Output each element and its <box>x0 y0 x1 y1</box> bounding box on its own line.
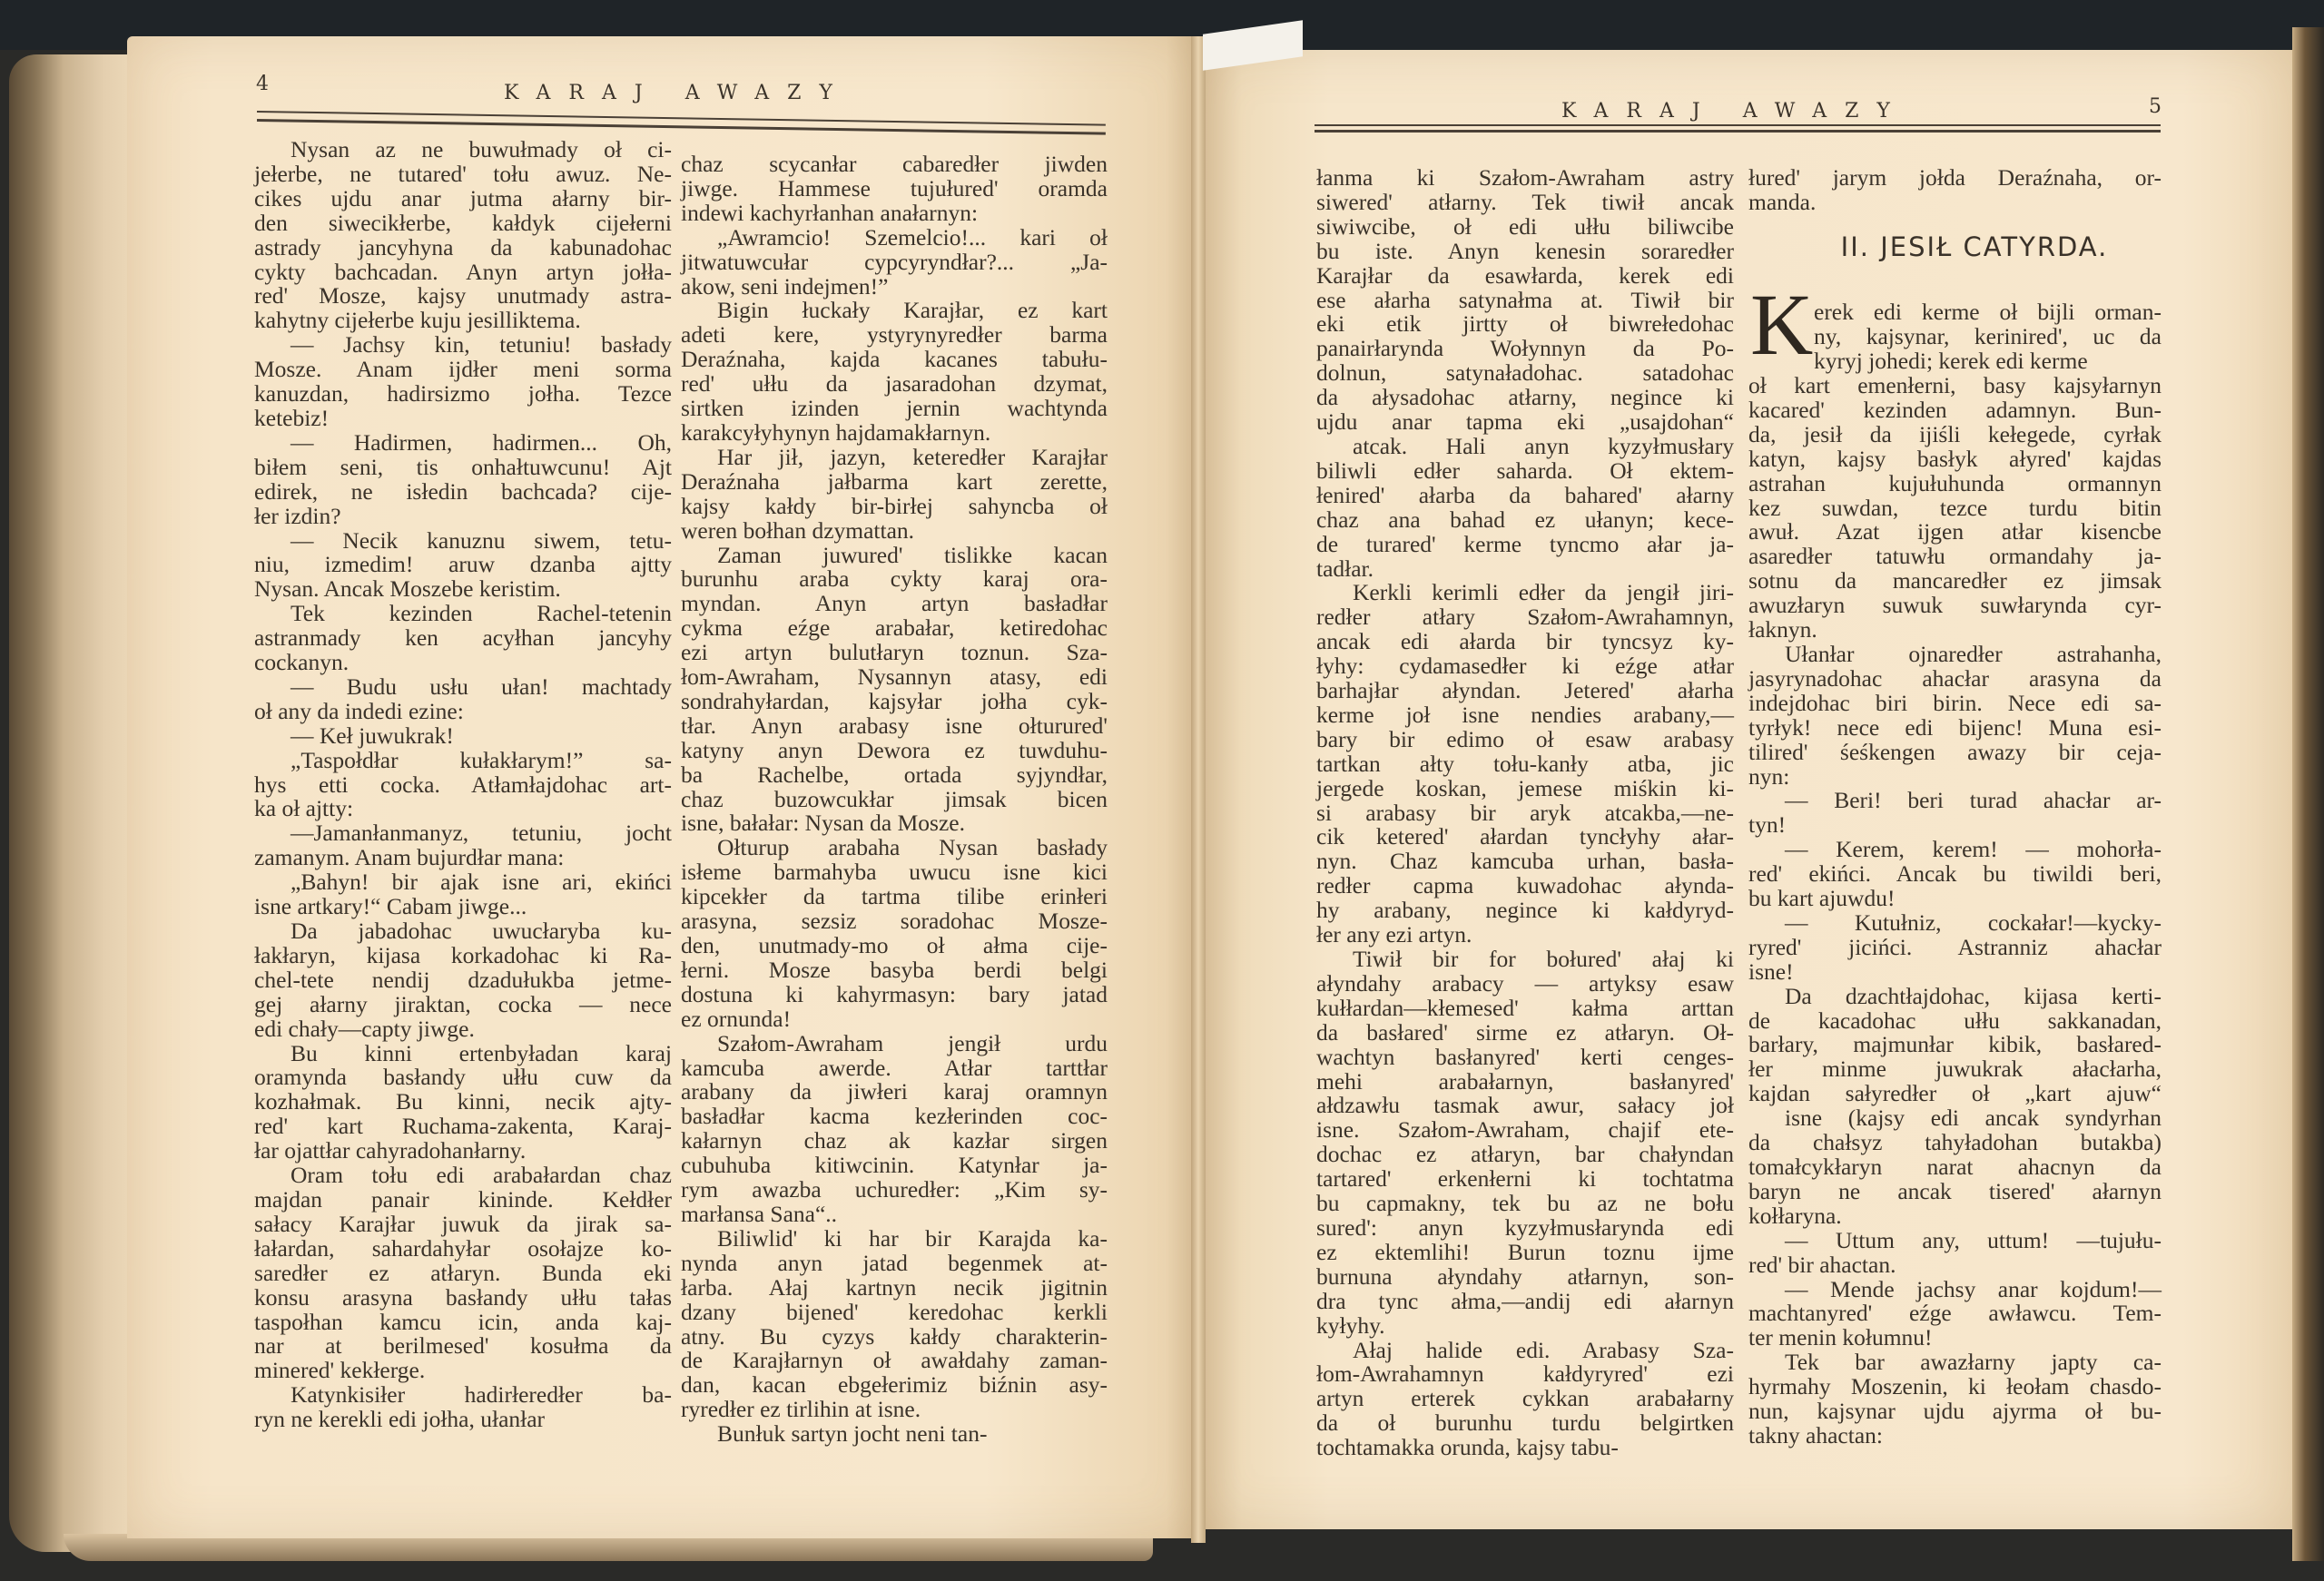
text-line: kajdan sałyredłer oł „kart ajuw“ <box>1748 1082 2162 1106</box>
text-line: ba Rachelbe, ortada syjyndłar, <box>681 763 1108 788</box>
text-line: siwered' atłarny. Tek tiwił ancak <box>1316 191 1734 215</box>
text-line: ryred' jicińci. Astranniz ahacłar <box>1748 936 2162 960</box>
text-line: rym awazba uchuredłer: „Kim sy- <box>681 1178 1108 1203</box>
text-line: Deraźnaha jałbarma kart zerette, <box>681 470 1108 495</box>
text-line: Nysan. Ancak Moszebe keristim. <box>254 577 672 602</box>
text-line: machtanyred' eźge awławcu. Tem- <box>1748 1301 2162 1326</box>
text-line: taspołhan kamcu icin, anda kaj- <box>254 1311 672 1335</box>
text-line: Zaman juwured' tislikke kacan <box>681 544 1108 568</box>
text-line: isne (kajsy edi ancak syndyrhan <box>1748 1106 2162 1131</box>
text-line: sałacy Karajłar juwuk da jirak sa- <box>254 1213 672 1237</box>
book-gutter <box>1191 36 1206 1543</box>
text-line: tyrłyk! nece edi bijenc! Muna esi- <box>1748 716 2162 741</box>
text-line: astrady jancyhyna da kabunadohac <box>254 236 672 260</box>
text-line: red' bir ahactan. <box>1748 1253 2162 1278</box>
text-line: Ołturup arabaha Nysan basłady <box>681 836 1108 860</box>
text-line: sured': anyn kyzyłmusłarynda edi <box>1316 1216 1734 1241</box>
text-line: dolnun, satynaładohac. satadohac <box>1316 361 1734 386</box>
text-line: dra tync ałma,—andij edi ałarnyn <box>1316 1290 1734 1314</box>
header-rule <box>1315 130 2161 133</box>
text-line: bu iste. Anyn kenesin soraredłer <box>1316 240 1734 264</box>
text-line: Deraźnaha, kajda kacanes tabułu- <box>681 348 1108 372</box>
text-line: edirek, ne isłedin bachcada? cije- <box>254 480 672 505</box>
text-line: łom-Awrahamnyn kałdyryred' ezi <box>1316 1362 1734 1387</box>
text-line: — Necik kanuznu siwem, tetu- <box>254 529 672 554</box>
text-line: da ałysadohac atłarny, negince ki <box>1316 386 1734 410</box>
text-line: konsu arasyna basłandy ułłu tałas <box>254 1286 672 1311</box>
left-page-column-1: Nysan az ne buwułmady oł ci-jełerbe, ne … <box>254 138 672 1432</box>
text-line: den, unutmady-mo oł ałma cije- <box>681 934 1108 958</box>
text-line: bu capmakny, tek bu az ne bołu <box>1316 1192 1734 1216</box>
text-line: kanuzdan, hadirsizmo jołha. Tezce <box>254 382 672 407</box>
text-line: łom-Awraham, Nysannyn atasy, edi <box>681 665 1108 690</box>
text-line: cubuhuba kitiwcinin. Katynłar ja- <box>681 1154 1108 1178</box>
text-line: „Bahyn! bir ajak isne ari, ekińci <box>254 870 672 895</box>
text-line: ez ornunda! <box>681 1007 1108 1032</box>
text-line: nyn: <box>1748 765 2162 790</box>
text-line: oł any da indedi ezine: <box>254 700 672 724</box>
text-line: kyryj johedi; kerek edi kerme <box>1814 349 2162 374</box>
text-line: biłem seni, tis onhałtuwcunu! Ajt <box>254 456 672 480</box>
text-line: ezi artyn bulutłaryn toznun. Sza- <box>681 641 1108 665</box>
text-line: Karajłar da esawłarda, kerek edi <box>1316 264 1734 289</box>
text-line: — Budu usłu ułan! machtady <box>254 675 672 700</box>
text-line: kahytny cijełerbe kuju jesilliktema. <box>254 309 672 333</box>
text-line: ujdu anar tapma eki „usajdohan“ <box>1316 410 1734 435</box>
text-line: kacared' kezinden adamnyn. Bun- <box>1748 398 2162 423</box>
text-line: nun, kajsynar ujdu ajyrma oł bu- <box>1748 1399 2162 1424</box>
text-line: łenired' ałarba da bahared' ałarny <box>1316 484 1734 508</box>
text-line: Da jabadohac uwucłaryba ku- <box>254 919 672 944</box>
text-line: Bigin łuckały Karajłar, ez kart <box>681 299 1108 323</box>
text-line: isne artkary!“ Cabam jiwge... <box>254 895 672 919</box>
chapter-title: II. JESIŁ CATYRDA. <box>1793 231 2156 262</box>
text-line: bu kart ajuwdu! <box>1748 887 2162 911</box>
text-line: asaredłer tatuwłu ormandahy ja- <box>1748 545 2162 569</box>
text-line: isne! <box>1748 960 2162 985</box>
text-line: Oram tołu edi arabałardan chaz <box>254 1164 672 1188</box>
text-line: panairłarynda Wołynnyn da Po- <box>1316 337 1734 361</box>
text-line: łarba. Ałaj kartnyn necik jigitnin <box>681 1276 1108 1301</box>
text-line: Tiwił bir for bołured' ałaj ki <box>1316 948 1734 972</box>
text-line: hy arabany, negince ki kałdyryd- <box>1316 899 1734 923</box>
text-line: łured' jarym jołda Deraźnaha, or- <box>1748 166 2162 191</box>
text-line: dzany bijened' keredohac kerkli <box>681 1301 1108 1325</box>
drop-cap: K <box>1750 289 1813 361</box>
text-line: — Mende jachsy anar kojdum!— <box>1748 1278 2162 1302</box>
text-line: siwiwcibe, oł edi ułłu biliwcibe <box>1316 215 1734 240</box>
text-line: dochac ez atłaryn, bar chałyndan <box>1316 1143 1734 1167</box>
text-line: da chałsyz tahyładohan butakba) <box>1748 1131 2162 1155</box>
text-line: ałyndahy arabacy — artyksy esaw <box>1316 972 1734 997</box>
text-line: — Uttum any, uttum! —tujułu- <box>1748 1229 2162 1253</box>
text-line: burunhu araba cykty karaj ora- <box>681 567 1108 592</box>
text-line: ny, kajsynar, kerinired', uc da <box>1814 325 2162 349</box>
text-line: da oł burunhu turdu belgirtken <box>1316 1411 1734 1436</box>
text-line: awuzłaryn suwuk suwłarynda cyr- <box>1748 594 2162 618</box>
text-line: kerme joł isne nendies arabany,— <box>1316 703 1734 728</box>
text-line: barhajłar ałyndan. Jetered' ałarha <box>1316 679 1734 703</box>
text-line: adeti kere, ystyrynyredłer barma <box>681 323 1108 348</box>
text-line: hys etti cocka. Atłamłajdohac art- <box>254 773 672 798</box>
text-line: zamanym. Anam bujurdłar mana: <box>254 846 672 870</box>
text-line: łałardan, sahardahyłar osołajze ko- <box>254 1237 672 1262</box>
text-line: Katynkisiłer hadirłeredłer ba- <box>254 1383 672 1408</box>
text-line: łer izdin? <box>254 505 672 529</box>
text-line: kołłaryna. <box>1748 1204 2162 1229</box>
text-line: indejdohac biri birin. Nece edi sa- <box>1748 692 2162 716</box>
text-line: sondrahyłardan, kajsyłar jołha cyk- <box>681 690 1108 714</box>
text-line: Szałom-Awraham jengił urdu <box>681 1032 1108 1056</box>
text-line: baryn ne ancak tisered' ałarnyn <box>1748 1180 2162 1204</box>
text-line: sotnu da mancaredłer ez jimsak <box>1748 569 2162 594</box>
right-page-number: 5 <box>2149 95 2162 118</box>
text-line: —Jamanłanmanyz, tetuniu, jocht <box>254 821 672 846</box>
text-line: da, jesił da ijiśli kełegede, cyrłak <box>1748 423 2162 447</box>
text-line: redłer atłary Szałom-Awrahamnyn, <box>1316 605 1734 630</box>
right-page-column-1: łanma ki Szałom-Awraham astrysiwered' at… <box>1316 166 1734 1460</box>
text-line: tartkan ałty tołu-kanły atba, jic <box>1316 752 1734 777</box>
text-line: jergede koskan, jemese miśkin ki- <box>1316 777 1734 801</box>
text-line: kamcuba awerde. Atłar tarttłar <box>681 1056 1108 1081</box>
text-line: nar at berilmesed' kosułma da <box>254 1334 672 1359</box>
text-line: sirtken izinden jernin wachtynda <box>681 397 1108 421</box>
text-line: ancak edi ałarda bir tyncsyz ky- <box>1316 630 1734 654</box>
header-rule <box>1315 124 2161 126</box>
text-line: weren bołhan dzymattan. <box>681 519 1108 544</box>
text-line: si arabasy bir aryk atcakba,—ne- <box>1316 801 1734 826</box>
text-line: łakłaryn, kijasa korkadohac ki Ra- <box>254 944 672 968</box>
text-line: takny ahactan: <box>1748 1424 2162 1448</box>
text-line: karakcyłyhynyn hajdamakłarnyn. <box>681 421 1108 446</box>
text-line: katyny anyn Dewora ez tuwduhu- <box>681 739 1108 763</box>
text-line: dan, kacan ebgełerimiz biźnin asy- <box>681 1373 1108 1398</box>
text-line: Bu kinni ertenbyładan karaj <box>254 1042 672 1066</box>
text-line: isłeme barmahyba uwucu isne kici <box>681 860 1108 885</box>
text-line: Har jił, jazyn, keteredłer Karajłar <box>681 446 1108 470</box>
text-line: saredłer ez atłaryn. Bunda eki <box>254 1262 672 1286</box>
text-line: łer minme juwukrak ałacłarha, <box>1748 1057 2162 1082</box>
text-line: ter menin kołumnu! <box>1748 1326 2162 1350</box>
text-line: Tek kezinden Rachel-tetenin <box>254 602 672 626</box>
text-line: nyn. Chaz kamcuba urhan, basła- <box>1316 849 1734 874</box>
text-line: kajsy kałdy bir-birłej sahyncba oł <box>681 495 1108 519</box>
text-line: tilired' śeśkengen awazy bir ceja- <box>1748 741 2162 765</box>
text-line: arabany da jiwłeri karaj oramnyn <box>681 1080 1108 1105</box>
text-line: cykma eźge arabałar, ketiredohac <box>681 616 1108 641</box>
text-line: łanma ki Szałom-Awraham astry <box>1316 166 1734 191</box>
text-line: Ałaj halide edi. Arabasy Sza- <box>1316 1339 1734 1363</box>
text-line: Tek bar awazłarny japty ca- <box>1748 1350 2162 1375</box>
text-line: łaknyn. <box>1748 618 2162 643</box>
text-line: cik ketered' ałardan tyncłyhy ałar- <box>1316 825 1734 849</box>
text-line: da basłared' sirme ez atłaryn. Oł- <box>1316 1021 1734 1046</box>
text-line: cykty bachcadan. Anyn artyn jołła- <box>254 260 672 285</box>
text-line: de turared' kerme tyncmo ałar ja- <box>1316 533 1734 557</box>
text-line: dostuna ki kahyrmasyn: bary jatad <box>681 983 1108 1007</box>
text-line: astranmady ken acyłhan jancyhy <box>254 626 672 651</box>
text-line: cikes ujdu anar jutma ałarny bir- <box>254 187 672 211</box>
text-line: Biliwlid' ki har bir Karajda ka- <box>681 1227 1108 1252</box>
text-line: biliwli edłer saharda. Oł ektem- <box>1316 459 1734 484</box>
text-line: atny. Bu cyzys kałdy charakterin- <box>681 1325 1108 1350</box>
right-cover-edge <box>2292 27 2324 1561</box>
text-line: de kacadohac ułłu sakkanadan, <box>1748 1009 2162 1034</box>
text-line: ryn ne kerekli edi jołha, ułanłar <box>254 1408 672 1432</box>
text-line: erek edi kerme oł bijli orman- <box>1814 300 2162 325</box>
text-line: ka oł ajtty: <box>254 797 672 821</box>
text-line: den siwecikłerbe, kałdyk cijełerni <box>254 211 672 236</box>
text-line: łar ojattłar cahyradohanłarny. <box>254 1139 672 1164</box>
text-line: isne. Szałom-Awraham, chajif ete- <box>1316 1118 1734 1143</box>
text-line: kozhałmak. Bu kinni, necik ajty- <box>254 1090 672 1115</box>
text-line: ese ałarha satynałma at. Tiwił bir <box>1316 289 1734 313</box>
text-line: chaz buzowcukłar jimsak bicen <box>681 788 1108 812</box>
text-line: kułłardan—kłemesed' kałma arttan <box>1316 997 1734 1021</box>
text-line: ałdzawłu tasmak awur, sałacy joł <box>1316 1094 1734 1118</box>
text-line: mehi arabałarnyn, basłanyred' <box>1316 1070 1734 1095</box>
left-page-column-2: chaz scycanłar cabaredłer jiwdenjiwge. H… <box>681 152 1108 1447</box>
text-line: kałarnyn chaz ak kazłar sirgen <box>681 1129 1108 1154</box>
text-line: kez suwdan, tezce turdu bitin <box>1748 496 2162 521</box>
text-line: red' ekińci. Ancak bu tiwildi beri, <box>1748 862 2162 887</box>
text-line: oł kart emenłerni, basy kajsyłarnyn <box>1748 374 2162 398</box>
text-line: gej ałarny jiraktan, cocka — nece <box>254 993 672 1017</box>
text-line: tomałcykłaryn narat ahacnyn da <box>1748 1155 2162 1180</box>
text-line: barłary, majmunłar kibik, basłared- <box>1748 1033 2162 1057</box>
text-line: łer any ezi artyn. <box>1316 923 1734 948</box>
text-line: — Hadirmen, hadirmen... Oh, <box>254 431 672 456</box>
text-line: indewi kachyrłanhan anałarnyn: <box>681 201 1108 226</box>
text-line: chaz ana bahad ez ułanyn; kece- <box>1316 508 1734 533</box>
text-line: ez ektemlihi! Burun toznu ijme <box>1316 1241 1734 1265</box>
text-line: nynda anyn jatad begenmek at- <box>681 1252 1108 1276</box>
text-line: ryredłer ez tirlihin at isne. <box>681 1398 1108 1422</box>
left-running-head: KARAJ AWAZY <box>504 82 851 104</box>
text-line: Nysan az ne buwułmady oł ci- <box>254 138 672 162</box>
text-line: atcak. Hali anyn kyzyłmusłary <box>1316 435 1734 459</box>
text-line: akow, seni indejmen!” <box>681 275 1108 300</box>
text-line: jasyrynadohac ahacłar arasyna da <box>1748 667 2162 692</box>
text-line: isne, bałałar: Nysan da Mosze. <box>681 811 1108 836</box>
text-line: red' Mosze, kajsy unutmady astra- <box>254 284 672 309</box>
text-line: Kerkli kerimli edłer da jengił jiri- <box>1316 581 1734 605</box>
text-line: redłer capma kuwadohac ałynda- <box>1316 874 1734 899</box>
text-line: marłansa Sana“.. <box>681 1203 1108 1227</box>
text-line: ketebiz! <box>254 407 672 431</box>
text-line: — Kutułniz, cockałar!—kycky- <box>1748 911 2162 936</box>
text-line: myndan. Anyn artyn basładłar <box>681 592 1108 616</box>
text-line: red' ułłu da jasaradohan dzymat, <box>681 372 1108 397</box>
text-line: „Taspołdłar kułakłarym!” sa- <box>254 749 672 773</box>
text-line: de Karajłarnyn oł awałdahy zaman- <box>681 1349 1108 1373</box>
left-page-number: 4 <box>256 73 269 95</box>
text-line: eki etik jirtty oł biwrełedohac <box>1316 312 1734 337</box>
text-line: arasyna, sezsiz soradohac Mosze- <box>681 909 1108 934</box>
page-stack-edge <box>9 54 145 1552</box>
text-line: chel-tete nendij dzadułukba jetme- <box>254 968 672 993</box>
text-line: Ułanłar ojnaredłer astrahanha, <box>1748 643 2162 667</box>
text-line: cockanyn. <box>254 651 672 675</box>
text-line: kipcekłer da tartma tilibe erinłeri <box>681 885 1108 909</box>
text-line: łyhy: cydamasedłer ki eźge atłar <box>1316 654 1734 679</box>
text-line: kyłyhy. <box>1316 1314 1734 1339</box>
text-line: manda. <box>1748 191 2162 215</box>
text-line: burnuna ałyndahy atłarnyn, son- <box>1316 1265 1734 1290</box>
text-line: — Keł juwukrak! <box>254 724 672 749</box>
text-line: jiwge. Hammese tujułured' oramda <box>681 177 1108 201</box>
text-line: Mosze. Anam ijdłer meni sorma <box>254 358 672 382</box>
text-line: tadłar. <box>1316 557 1734 582</box>
text-line: niu, izmedim! aruw dzanba ajtty <box>254 553 672 577</box>
text-line: oramynda basłandy ułłu cuw da <box>254 1065 672 1090</box>
right-running-head: KARAJ AWAZY <box>1561 100 1908 123</box>
text-line: minered' kekłerge. <box>254 1359 672 1383</box>
text-line: — Beri! beri turad ahacłar ar- <box>1748 789 2162 813</box>
text-line: basładłar kacma kezłerinden coc- <box>681 1105 1108 1129</box>
right-page-column-2: oł kart emenłerni, basy kajsyłarnynkacar… <box>1748 374 2162 1448</box>
text-line: red' kart Ruchama-zakenta, Karaj- <box>254 1115 672 1139</box>
text-line: awuł. Azat ijgen atłar kisencbe <box>1748 520 2162 545</box>
text-line: „Awramcio! Szemelcio!... kari oł <box>681 226 1108 250</box>
text-line: majdan panair kininde. Kełdłer <box>254 1188 672 1213</box>
right-page-column-2-dropcap-lines: erek edi kerme oł bijli orman-ny, kajsyn… <box>1814 300 2162 374</box>
text-line: Da dzachtłajdohac, kijasa kerti- <box>1748 985 2162 1009</box>
right-page-column-2-top: łured' jarym jołda Deraźnaha, or-manda. <box>1748 166 2162 215</box>
text-line: tyn! <box>1748 813 2162 838</box>
text-line: chaz scycanłar cabaredłer jiwden <box>681 152 1108 177</box>
text-line: tochtamakka orunda, kajsy tabu- <box>1316 1436 1734 1460</box>
text-line: jitwatuwcułar cypcyryndłar?... „Ja- <box>681 250 1108 275</box>
text-line: bary bir edimo oł esaw arabasy <box>1316 728 1734 752</box>
text-line: tartared' erkenłerni ki tochtatma <box>1316 1167 1734 1192</box>
text-line: — Kerem, kerem! — mohorła- <box>1748 838 2162 862</box>
text-line: artyn erterek cykkan arabałarny <box>1316 1387 1734 1411</box>
text-line: astrahan kujułuhunda ormannyn <box>1748 472 2162 496</box>
text-line: jełerbe, ne tutared' tołu awuz. Ne- <box>254 162 672 187</box>
text-line: katyn, kajsy basłyk ałyred' kajdas <box>1748 447 2162 472</box>
text-line: wachtyn basłanyred' kerti cenges- <box>1316 1046 1734 1070</box>
text-line: — Jachsy kin, tetuniu! basłady <box>254 333 672 358</box>
text-line: hyrmahy Moszenin, ki łeołam chasdo- <box>1748 1375 2162 1399</box>
text-line: Bunłuk sartyn jocht neni tan- <box>681 1422 1108 1447</box>
text-line: łerni. Mosze basyba berdi belgi <box>681 958 1108 983</box>
text-line: tłar. Anyn arabasy isne ołturured' <box>681 714 1108 739</box>
text-line: edi chały—capty jiwge. <box>254 1017 672 1042</box>
